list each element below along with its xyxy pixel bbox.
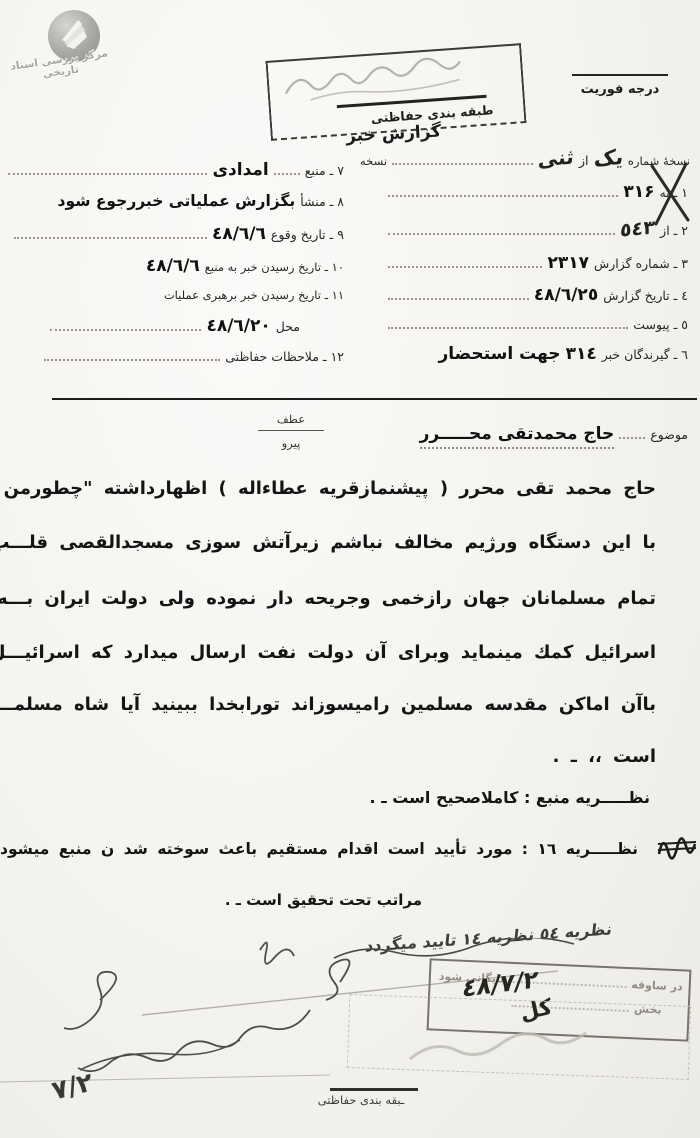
body-line-4: اسرائیل کمك مینماید وبرای آن دولت نفت ار… [0,642,656,663]
field-origin: ٨ ـ منشأ بگزارش عملیاتی خبررجوع شود [4,192,344,210]
field-recipients-label: ٦ ـ گیرندگان خبر [602,347,688,362]
opinion-16-line: نظـــــریه ١٦ : مورد تأیید است اقدام مست… [0,840,638,858]
body-line-2: با این دستگاه ورژیم مخالف نباشم زیرآتش س… [0,532,656,553]
field-to-value: ٣١۶ [623,182,654,202]
field-recipients-value: ٣١٤ [566,344,597,364]
field-source-receipt-date: ١٠ ـ تاریخ رسیدن خبر به منبع ٤٨/٦/٦ [8,256,344,276]
dotted-leader [14,226,207,239]
field-report-number: ٣ ـ شماره گزارش ٢٣١٧ [388,253,688,273]
section-divider [52,398,697,400]
subject-label: موضوع [650,427,688,442]
field-report-number-value: ٢٣١٧ [547,253,589,273]
scanned-report-page: مرکز بررسی اسناد تاریخی طبقه بندی حفاظتی… [0,0,700,1138]
dotted-leader [388,255,542,268]
field-report-date: ٤ ـ تاریخ گزارش ٤٨/٦/٢٥ [388,285,688,305]
filing-stamp-label-a: در ساوقه [631,978,683,993]
subject-row: موضوع حاج محمدتقی محـــــرر [336,424,688,449]
crossed-out-scribble [656,830,698,862]
field-security-remarks-label: ١٢ ـ ملاحظات حفاظتی [225,349,344,364]
body-line-3: تمام مسلمانان جهان رازخمی وجریحه دار نمو… [0,588,656,609]
field-source: ٧ ـ منبع امدادی [8,160,344,180]
dotted-leader [50,318,201,331]
field-ops-receipt-date: ١١ ـ تاریخ رسیدن خبر برهبری عملیات [24,288,344,302]
dotted-leader [388,184,618,197]
field-report-date-value: ٤٨/٦/٢٥ [534,285,598,305]
dotted-leader [44,348,220,361]
field-source-receipt-date-label: ١٠ ـ تاریخ رسیدن خبر به منبع [205,260,344,274]
urgency-label: درجه فوریت [572,82,668,97]
field-from-value: ٥٤٣ [620,216,656,241]
dotted-leader [392,152,533,165]
copy-value-handwritten: یک [593,145,624,172]
field-occurrence-date-value: ٤٨/٦/٦ [212,224,266,244]
dotted-leader [8,162,207,175]
field-location: محل ٤٨/٦/٢٠ [50,316,300,336]
field-attachment: ٥ ـ پیوست [388,316,688,332]
dotted-leader [388,287,529,300]
field-origin-value: بگزارش عملیاتی خبررجوع شود [58,192,296,210]
field-to-label: ١ ـ به [659,185,688,200]
field-from-label: ٢ ـ از [660,223,688,238]
copy-of-label: از [579,153,589,168]
field-origin-label: ٨ ـ منشأ [300,194,344,209]
dotted-leader [388,222,615,235]
source-opinion-line: نظـــــریه منبع : كاملاصحیح است ـ . [370,788,650,807]
field-occurrence-date-label: ٩ ـ تاریخ وقوع [271,227,344,242]
body-line-5: باآن اماكن مقدسه مسلمین رامیسوزاند توراب… [0,694,656,715]
reference-atf-label: عطف [258,412,324,431]
urgency-rule [572,74,668,76]
copy-suffix-label: نسخه [360,154,387,168]
field-source-label: ٧ ـ منبع [305,163,344,178]
body-line-6: است ،، ـ . [553,746,656,767]
reference-peyrow-label: پیرو [258,431,324,450]
subject-value: حاج محمدتقی محـــــرر [420,424,615,449]
faint-stamp-scribble [400,1025,600,1073]
report-title: گزارش خبر [346,122,442,147]
copy-total-handwritten: ثنی [538,144,575,171]
field-from: ٢ ـ از ٥٤٣ [388,218,688,240]
body-line-1: حاج محمد تقی محرر ( پیشنمازقریه عطاءاله … [4,478,656,499]
field-to: ١ ـ به ٣١۶ [388,182,688,202]
followup-line: مراتب تحت تحقیق است ـ . [225,891,422,909]
field-location-value: ٤٨/٦/٢٠ [206,316,270,336]
field-occurrence-date: ٩ ـ تاریخ وقوع ٤٨/٦/٦ [14,224,344,244]
dotted-leader [619,426,645,439]
field-ops-receipt-date-label: ١١ ـ تاریخ رسیدن خبر برهبری عملیات [164,288,344,302]
field-source-value: امدادی [212,160,268,180]
field-report-number-label: ٣ ـ شماره گزارش [594,256,688,271]
field-security-remarks: ١٢ ـ ملاحظات حفاظتی [44,348,344,364]
field-location-label: محل [276,319,300,334]
field-report-date-label: ٤ ـ تاریخ گزارش [603,288,688,303]
reference-block: عطف پیرو [258,412,324,450]
field-attachment-label: ٥ ـ پیوست [633,317,688,332]
field-recipients-purpose: جهت استحضار [439,344,561,364]
field-source-receipt-date-value: ٤٨/٦/٦ [146,256,200,276]
copy-number-line: نسخهٔ شماره یک از ثنی نسخه [360,146,690,170]
dotted-leader [388,316,628,329]
field-recipients: ٦ ـ گیرندگان خبر ٣١٤ جهت استحضار [340,344,688,364]
dotted-leader [274,162,300,175]
